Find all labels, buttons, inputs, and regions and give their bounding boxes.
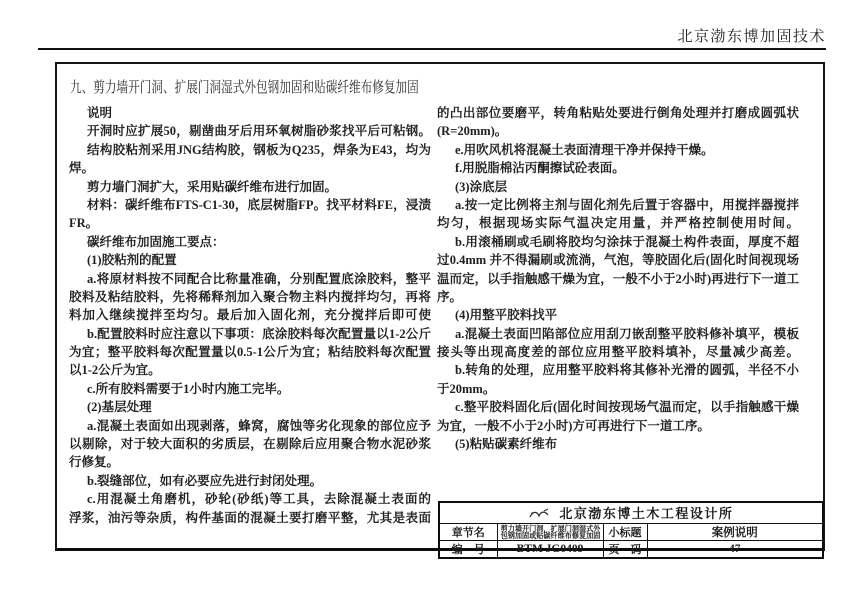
text-line: 为宜，一般不小于2小时)方可再进行下一道工序。 [437,417,799,435]
text-line: c.用混凝土角磨机，砂轮(砂纸)等工具，去除混凝土表面的 [69,490,431,508]
chapter-name-line2: 包钢加固或贴碳纤维布修复加固 [500,532,600,539]
number-label: 编 号 [439,541,497,559]
text-line: 剪力墙门洞扩大，采用贴碳纤维布进行加固。 [69,178,431,196]
text-line: e.用吹风机将混凝土表面清理干净并保持干燥。 [437,141,799,159]
right-text-column: 的凸出部位要磨平，转角粘贴处要进行倒角处理并打磨成圆弧状(R=20mm)。e.用… [437,104,799,453]
text-line: 以1-2公斤为宜。 [69,361,431,379]
page-value: 47 [647,541,823,559]
institute-logo-icon [529,507,549,523]
text-line: (R=20mm)。 [437,122,799,140]
text-line: (3)涂底层 [437,178,799,196]
text-line: 接头等出现高度差的部位应用整平胶料填补，尽量减少高差。 [437,343,799,361]
institute-name: 北京渤东博土木工程设计所 [559,506,733,521]
header-company-name: 北京渤东博加固技术 [677,25,826,46]
text-line: (1)胶粘剂的配置 [69,251,431,269]
text-line: a.将原材料按不同配合比称量准确，分别配置底涂胶料，整平 [69,270,431,288]
text-line: 序。 [437,288,799,306]
institute-cell: 北京渤东博土木工程设计所 [439,502,823,524]
subtitle-label: 小标题 [603,524,647,541]
text-line: (5)粘贴碳素纤维布 [437,435,799,453]
text-line: a.按一定比例将主剂与固化剂先后置于容器中，用搅拌器搅拌 [437,196,799,214]
text-line: 开洞时应扩展50，剔凿曲牙后用环氧树脂砂浆找平后可粘钢。 [69,122,431,140]
header-rule [38,48,826,50]
text-line: (4)用整平胶料找平 [437,306,799,324]
text-line: 于20mm。 [437,380,799,398]
left-text-column: 说明开洞时应扩展50，剔凿曲牙后用环氧树脂砂浆找平后可粘钢。结构胶粘剂采用JNG… [69,104,431,527]
text-line: a.混凝土表面如出现剥落，蜂窝，腐蚀等劣化现象的部位应予 [69,417,431,435]
text-line: 胶料及粘结胶料，先将稀释剂加入聚合物主料内搅拌均匀，再将填 [69,288,431,306]
text-line: 过0.4mm 并不得漏刷或流淌，气泡，等胶固化后(固化时间视现场气 [437,251,799,269]
text-line: b.转角的处理，应用整平胶料将其修补光滑的圆弧，半径不小 [437,361,799,379]
document-title: 九、剪力墙开门洞、扩展门洞湿式外包钢加固和贴碳纤维布修复加固 [70,76,535,96]
text-line: 焊。 [69,159,431,177]
text-line: 碳纤维布加固施工要点： [69,233,431,251]
title-block-table: 北京渤东博土木工程设计所 章节名 剪力墙开门洞，扩展门洞湿式外 包钢加固或贴碳纤… [438,501,824,559]
text-line: b.裂缝部位，如有必要应先进行封闭处理。 [69,472,431,490]
subtitle-value: 案例说明 [647,524,823,541]
chapter-label: 章节名 [439,524,497,541]
text-line: f.用脱脂棉沾丙酮擦试砼表面。 [437,159,799,177]
text-line: (2)基层处理 [69,398,431,416]
text-line: b.配置胶料时应注意以下事项：底涂胶料每次配置量以1-2公斤 [69,325,431,343]
text-line: 结构胶粘剂采用JNG结构胶，钢板为Q235，焊条为E43，均为满 [69,141,431,159]
text-line: 的凸出部位要磨平，转角粘贴处要进行倒角处理并打磨成圆弧状 [437,104,799,122]
text-line: b.用滚桶刷或毛刷将胶均匀涂抹于混凝土构件表面，厚度不超 [437,233,799,251]
number-value: BTM JG0409 [497,541,603,559]
text-line: 温而定，以手指触感干燥为宜，一般不小于2小时)再进行下一道工 [437,270,799,288]
text-line: 说明 [69,104,431,122]
document-page: 北京渤东博加固技术 九、剪力墙开门洞、扩展门洞湿式外包钢加固和贴碳纤维布修复加固… [0,0,863,604]
page-label: 页 码 [603,541,647,559]
text-line: 料加入继续搅拌至均匀。最后加入固化剂，充分搅拌后即可使用。 [69,306,431,324]
chapter-name-cell: 剪力墙开门洞，扩展门洞湿式外 包钢加固或贴碳纤维布修复加固 [497,524,603,541]
text-line: c.所有胶料需要于1小时内施工完毕。 [69,380,431,398]
text-line: c.整平胶料固化后(固化时间按现场气温而定，以手指触感干燥 [437,398,799,416]
text-line: a.混凝土表面凹陷部位应用刮刀嵌刮整平胶料修补填平，模板 [437,325,799,343]
text-line: 以剔除，对于较大面积的劣质层，在剔除后应用聚合物水泥砂浆进 [69,435,431,453]
text-line: 浮浆，油污等杂质，构件基面的混凝土要打磨平整，尤其是表面 [69,509,431,527]
text-line: FR。 [69,214,431,232]
text-line: 行修复。 [69,453,431,471]
text-line: 为宜；整平胶料每次配置量以0.5-1公斤为宜；粘结胶料每次配置量 [69,343,431,361]
text-line: 均匀，根据现场实际气温决定用量，并严格控制使用时间。 [437,214,799,232]
text-line: 材料：碳纤维布FTS-C1-30，底层树脂FP。找平材料FE，浸渍树脂 [69,196,431,214]
